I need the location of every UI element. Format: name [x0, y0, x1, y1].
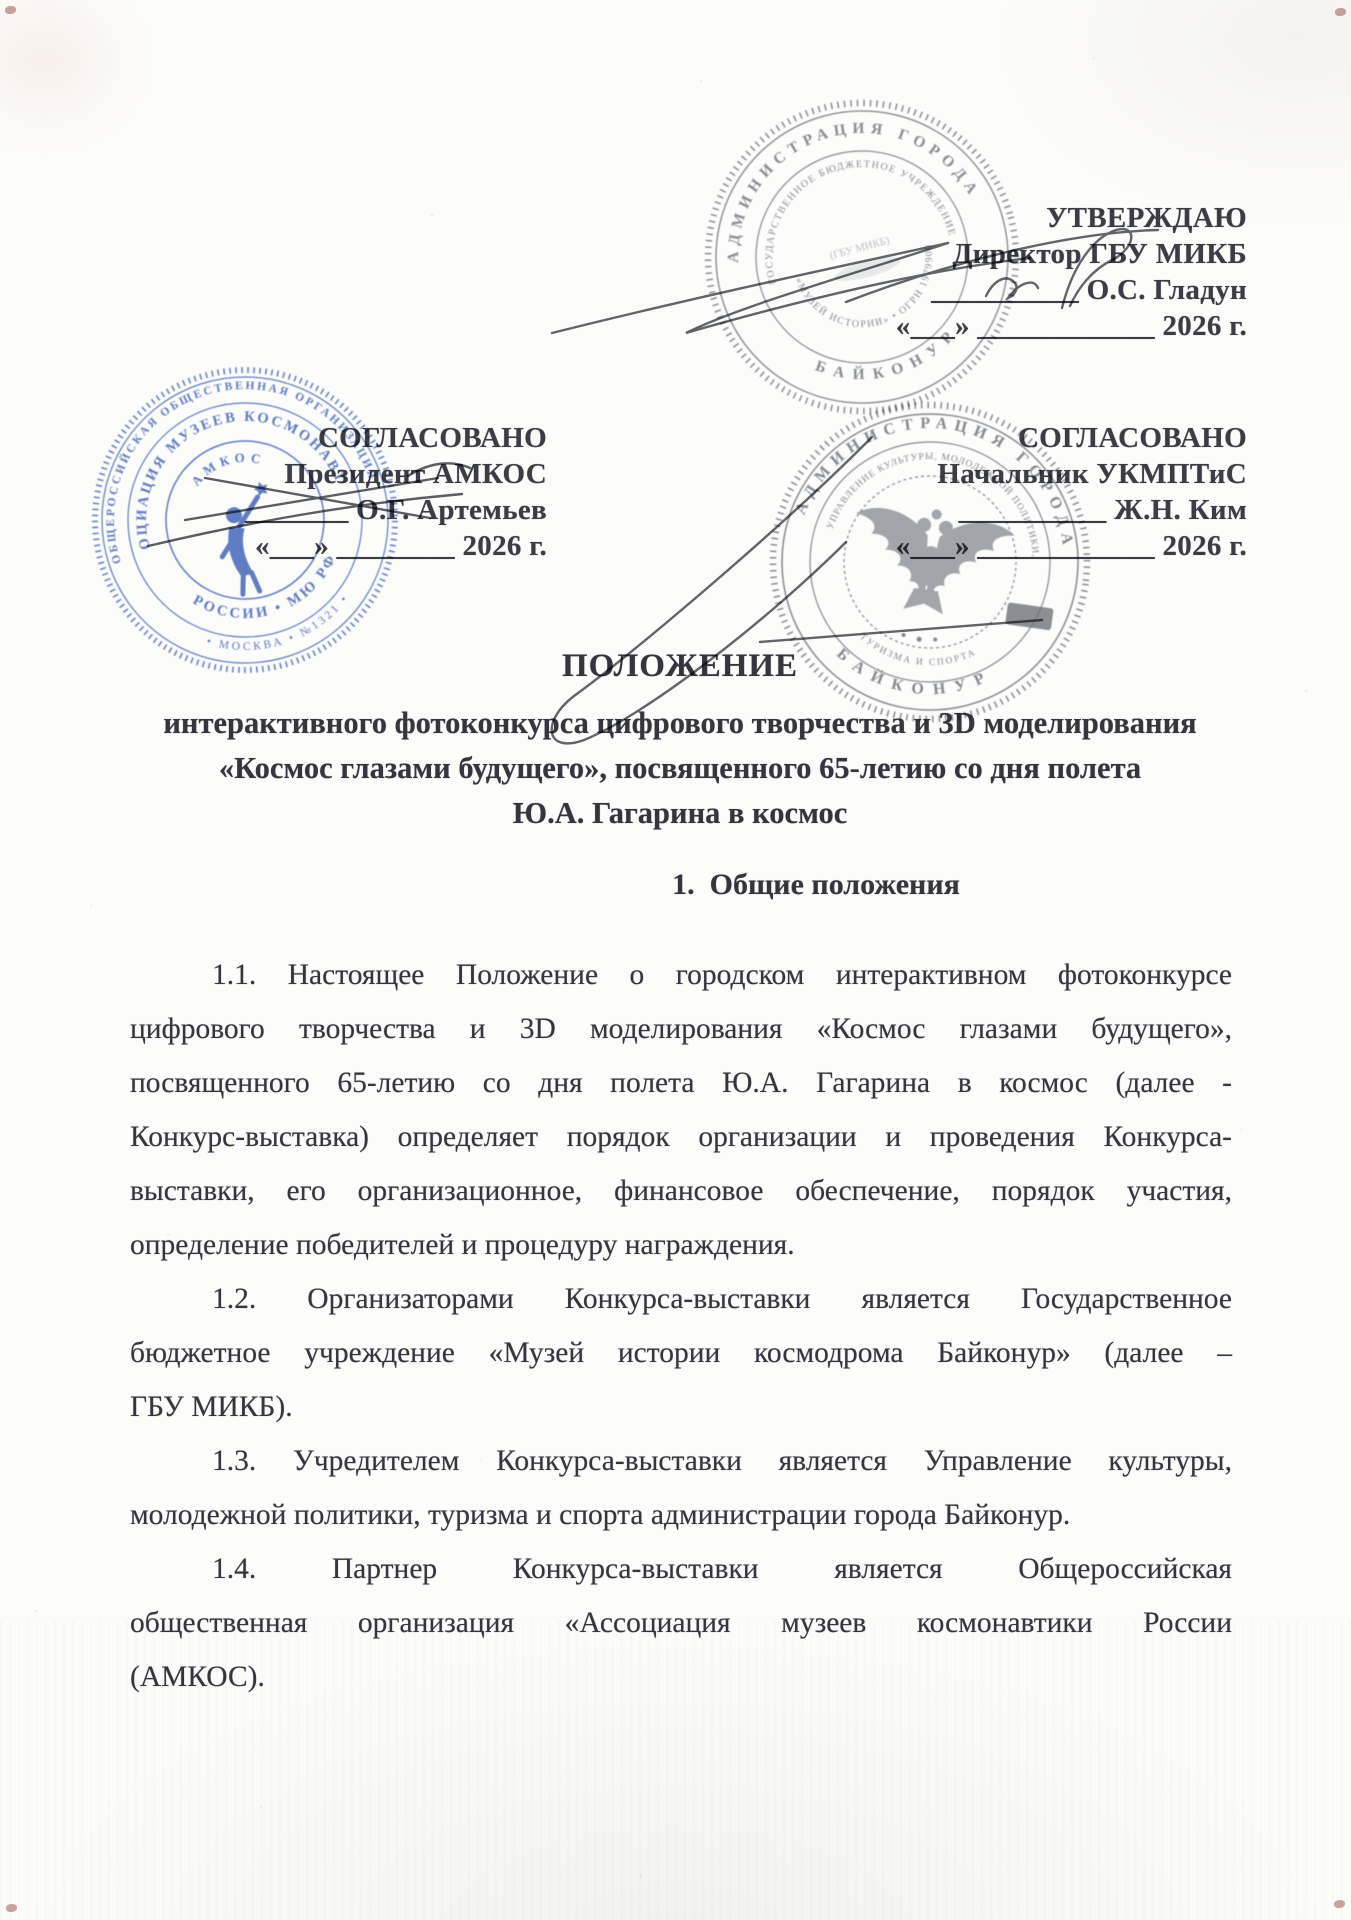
- approval-date-line: «___» ________ 2026 г.: [245, 528, 547, 564]
- approval-role: Директор ГБУ МИКБ: [896, 236, 1247, 272]
- body-line: 1.3. Учредителем Конкурса-выставки являе…: [130, 1434, 1232, 1488]
- body-line: бюджетное учреждение «Музей истории косм…: [130, 1326, 1232, 1380]
- approval-block-agree-left: СОГЛАСОВАНО Президент АМКОС _______ О.Г.…: [245, 420, 547, 564]
- approval-role: Начальник УКМПТиС: [896, 456, 1247, 492]
- document-title: ПОЛОЖЕНИЕ: [130, 648, 1230, 685]
- body-line: определение победителей и процедуру нагр…: [130, 1218, 1232, 1272]
- corner-mark: [1334, 1900, 1345, 1908]
- approval-block-approve: УТВЕРЖДАЮ Директор ГБУ МИКБ __________ О…: [896, 200, 1247, 344]
- approval-heading: УТВЕРЖДАЮ: [896, 200, 1247, 236]
- body-line: Конкурс-выставка) определяет порядок орг…: [130, 1110, 1232, 1164]
- section-1-body: 1.1. Настоящее Положение о городском инт…: [130, 948, 1232, 1704]
- body-line: 1.2. Организаторами Конкурса-выставки яв…: [130, 1272, 1232, 1326]
- body-line: 1.4. Партнер Конкурса-выставки является …: [130, 1542, 1232, 1596]
- body-line: молодежной политики, туризма и спорта ад…: [130, 1488, 1232, 1542]
- stamp-center-text: (ГБУ МИКБ): [828, 234, 891, 262]
- body-line: цифрового творчества и 3D моделирования …: [130, 1002, 1232, 1056]
- approval-block-agree-right: СОГЛАСОВАНО Начальник УКМПТиС __________…: [896, 420, 1247, 564]
- corner-mark: [1335, 8, 1346, 16]
- body-line: общественная организация «Ассоциация муз…: [130, 1596, 1232, 1650]
- approval-date-line: «___» ____________ 2026 г.: [896, 308, 1247, 344]
- body-line: посвященного 65-летию со дня полета Ю.А.…: [130, 1056, 1232, 1110]
- body-line: (АМКОС).: [130, 1650, 1232, 1704]
- paper-speckles: [0, 0, 2, 2]
- body-line: ГБУ МИКБ).: [130, 1380, 1232, 1434]
- approval-heading: СОГЛАСОВАНО: [896, 420, 1247, 456]
- corner-mark: [5, 6, 16, 14]
- body-line: выставки, его организационное, финансово…: [130, 1164, 1232, 1218]
- section-1-heading: 1. Общие положения: [266, 868, 1351, 902]
- corner-mark: [6, 1904, 17, 1912]
- approval-role: Президент АМКОС: [245, 456, 547, 492]
- subtitle-line: Ю.А. Гагарина в космос: [118, 791, 1242, 836]
- approval-signature-line: __________ Ж.Н. Ким: [896, 492, 1247, 528]
- approval-signature-line: _______ О.Г. Артемьев: [245, 492, 547, 528]
- document-subtitle: интерактивного фотоконкурса цифрового тв…: [118, 701, 1242, 836]
- approval-heading: СОГЛАСОВАНО: [245, 420, 547, 456]
- body-line: 1.1. Настоящее Положение о городском инт…: [130, 948, 1232, 1002]
- subtitle-line: «Космос глазами будущего», посвященного …: [118, 746, 1242, 791]
- subtitle-line: интерактивного фотоконкурса цифрового тв…: [118, 701, 1242, 746]
- scanned-document-page: УТВЕРЖДАЮ Директор ГБУ МИКБ __________ О…: [0, 0, 1351, 1920]
- approval-signature-line: __________ О.С. Гладун: [896, 272, 1247, 308]
- approval-date-line: «___» ____________ 2026 г.: [896, 528, 1247, 564]
